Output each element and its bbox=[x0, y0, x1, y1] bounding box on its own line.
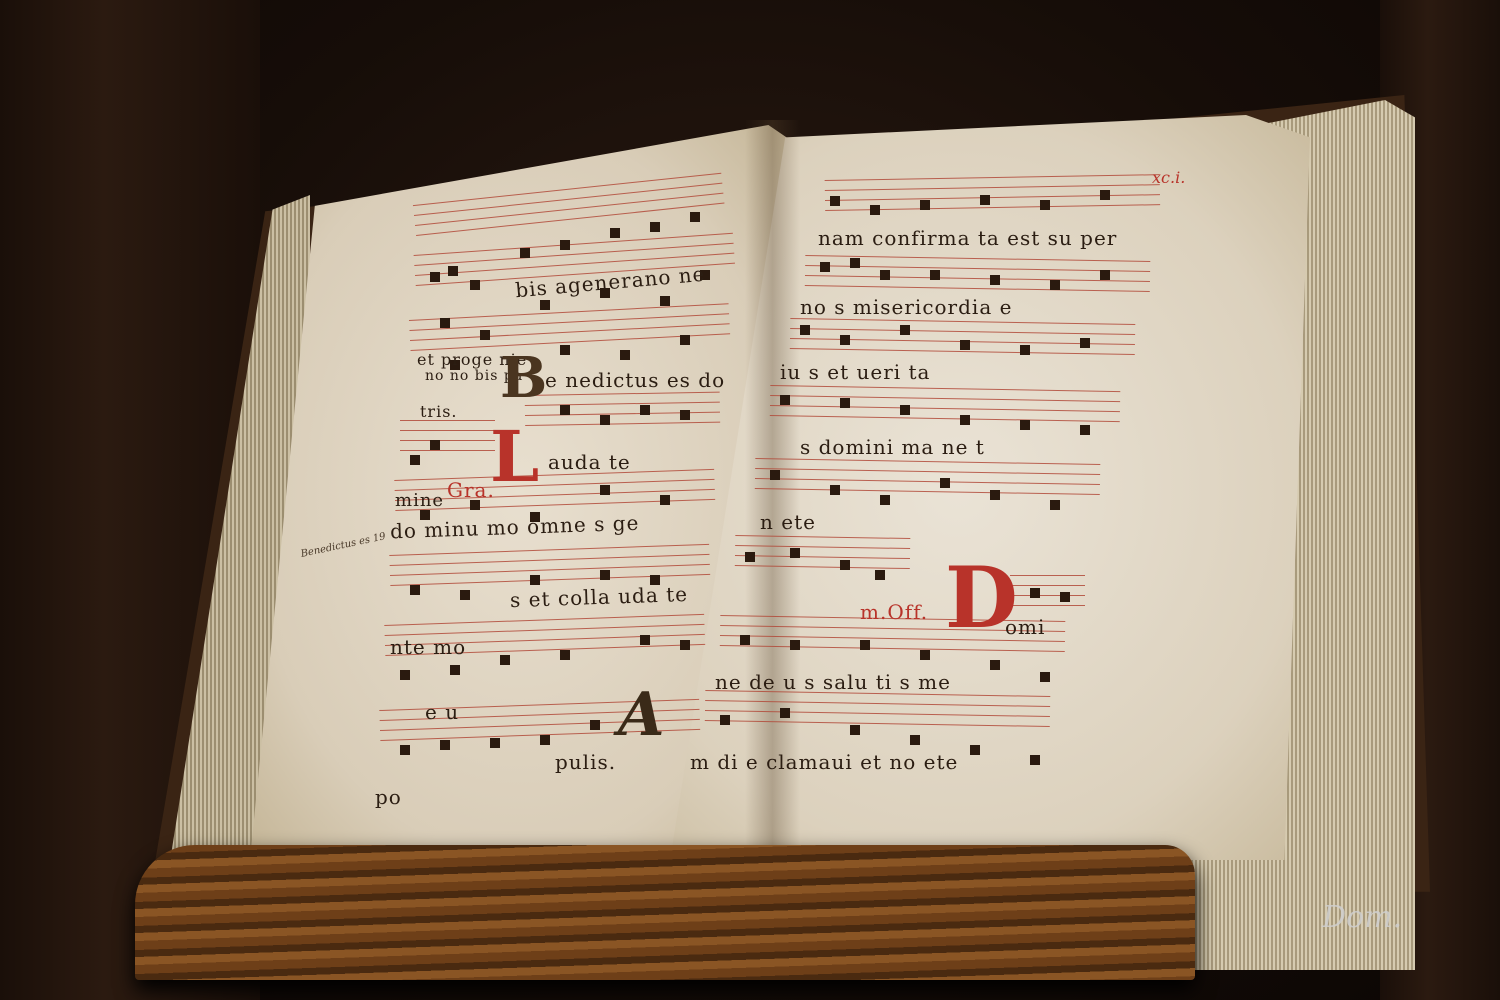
lyric-line: mine bbox=[395, 490, 444, 511]
lyric-line: n ete bbox=[760, 510, 816, 534]
lyric-line: nte mo bbox=[390, 635, 466, 659]
lyric-line: e nedictus es do bbox=[545, 368, 725, 392]
rubric-offertory: m.Off. bbox=[860, 600, 928, 624]
lyric-line: iu s et ueri ta bbox=[780, 360, 930, 384]
initial-letter-a: A bbox=[618, 680, 665, 750]
folio-number: xc.i. bbox=[1152, 168, 1185, 187]
lyric-line: po bbox=[375, 785, 402, 809]
lyric-line: pulis. bbox=[555, 750, 616, 774]
lyric-line: ne de u s salu ti s me bbox=[715, 670, 951, 694]
initial-letter-b: B bbox=[500, 345, 547, 411]
rubric-gradual: Gra. bbox=[447, 478, 495, 502]
lyric-line: auda te bbox=[548, 450, 631, 474]
lyric-line: omi bbox=[1005, 615, 1045, 639]
lyric-line: no s misericordia e bbox=[800, 295, 1012, 319]
lyric-line: nam confirma ta est su per bbox=[818, 226, 1117, 250]
initial-letter-l: L bbox=[490, 415, 539, 498]
photographer-signature: Dom. bbox=[1322, 900, 1402, 935]
lyric-line: tris. bbox=[420, 402, 458, 421]
lyric-line: s domini ma ne t bbox=[800, 435, 985, 459]
photo-scene: bis agenerano ne et proge nie no no bis … bbox=[0, 0, 1500, 1000]
wooden-lectern bbox=[135, 845, 1195, 980]
lyric-line: m di e clamaui et no ete bbox=[690, 750, 958, 774]
lyric-line: e u bbox=[425, 700, 459, 724]
